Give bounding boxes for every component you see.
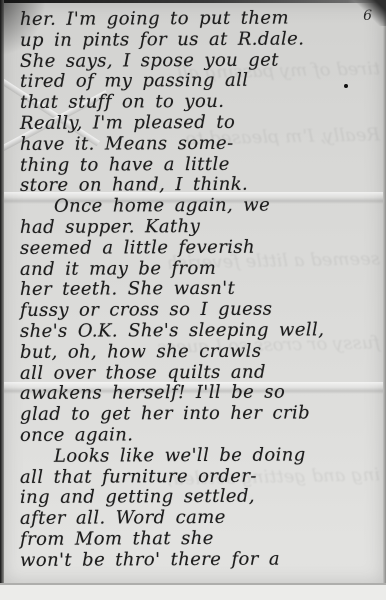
handwriting-line: She says, I spose you get [20, 50, 378, 73]
handwriting-line: after all. Word came [20, 507, 378, 530]
ink-blot [344, 84, 348, 88]
scan-edge-top [0, 0, 386, 3]
handwriting-lines: her. I'm going to put themup in pints fo… [20, 9, 378, 571]
scanned-letter-page: tired of my passing allReally, I'm pleas… [0, 0, 386, 600]
handwriting-line: up in pints for us at R.dale. [20, 29, 378, 52]
handwriting-line: from Mom that she [20, 528, 378, 551]
handwriting-line: glad to get her into her crib [20, 403, 378, 426]
handwriting-line: tired of my passing all [20, 70, 378, 93]
handwriting-line: and it may be from [20, 258, 378, 281]
handwriting-line: seemed a little feverish [20, 237, 378, 260]
handwriting-line: store on hand, I think. [20, 174, 378, 197]
handwriting-line: once again. [20, 424, 378, 447]
handwriting-line: have it. Means some- [20, 133, 378, 156]
handwriting-line: thing to have a little [20, 154, 378, 177]
handwriting-line: that stuff on to you. [20, 91, 378, 114]
handwriting-line: she's O.K. She's sleeping well, [20, 320, 378, 343]
handwriting-line: all that furniture order- [20, 466, 378, 489]
handwriting-line: her teeth. She wasn't [20, 278, 378, 301]
handwriting-line: all over those quilts and [20, 362, 378, 385]
handwriting-line: but, oh, how she crawls [20, 341, 378, 364]
handwriting-line: her. I'm going to put them [20, 8, 378, 31]
handwriting-line: Really, I'm pleased to [20, 112, 378, 135]
paper-bottom-edge [0, 583, 386, 585]
handwriting-line: awakens herself! I'll be so [20, 382, 378, 405]
handwriting-line: won't be thro' there for a [20, 549, 378, 572]
page-number: 6 [363, 8, 372, 24]
handwriting-line: had supper. Kathy [20, 216, 378, 239]
scan-edge-left [0, 0, 4, 583]
handwriting-line: fussy or cross so I guess [20, 299, 378, 322]
handwriting-line: Looks like we'll be doing [20, 445, 378, 468]
handwriting-line: Once home again, we [20, 195, 378, 218]
handwriting-line: ing and getting settled, [20, 486, 378, 509]
